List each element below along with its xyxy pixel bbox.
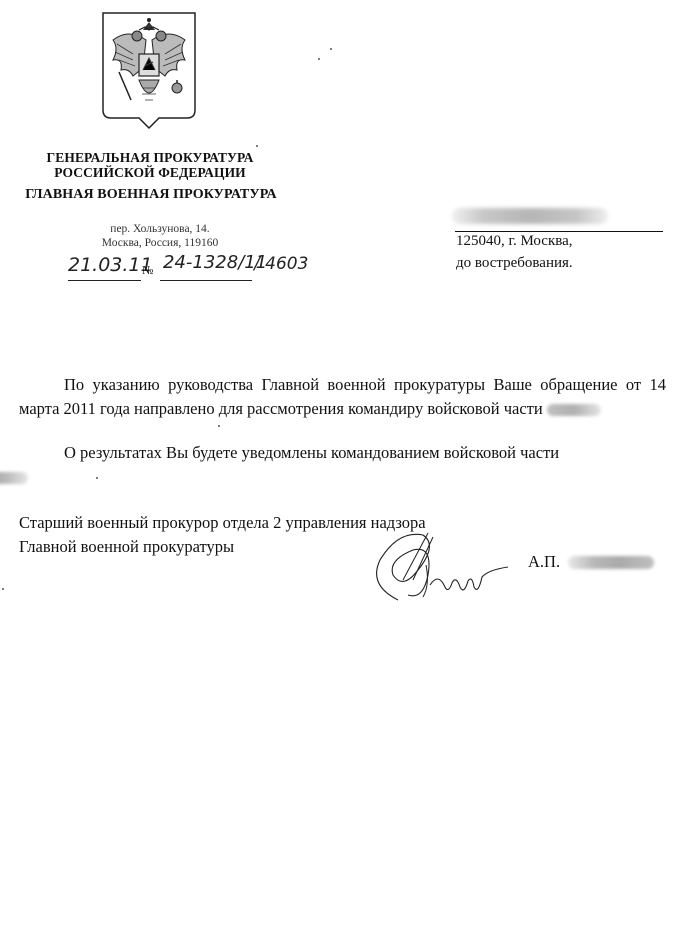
- recipient-name-redacted: [452, 208, 608, 224]
- org-name-line1: ГЕНЕРАЛЬНАЯ ПРОКУРАТУРА: [0, 150, 300, 166]
- recipient-underline: [455, 231, 663, 232]
- signer-initials: А.П.: [528, 552, 560, 572]
- scan-speck: [256, 145, 258, 147]
- document-number: 24-1328/11: [163, 252, 267, 273]
- body-paragraph-1: По указанию руководства Главной военной …: [19, 373, 666, 421]
- recipient-address-line1: 125040, г. Москва,: [456, 233, 573, 250]
- signer-position-line2: Главной военной прокуратуры: [19, 537, 234, 557]
- scan-speck: [96, 477, 98, 479]
- scan-speck: [2, 588, 4, 590]
- handwritten-signature: [368, 525, 513, 605]
- sender-address-line2: Москва, Россия, 119160: [60, 236, 260, 251]
- scan-speck: [218, 425, 220, 427]
- number-underline: [160, 280, 252, 281]
- scan-speck: [330, 48, 332, 50]
- signer-position-line1: Старший военный прокурор отдела 2 управл…: [19, 513, 426, 533]
- unit-number-redacted: [0, 472, 28, 484]
- coat-of-arms-icon: [99, 10, 199, 135]
- document-number-suffix: / 4603: [254, 254, 308, 274]
- unit-number-redacted: [547, 404, 601, 416]
- body-paragraph-2: О результатах Вы будете уведомлены коман…: [19, 441, 666, 489]
- signer-surname-redacted: [568, 556, 654, 569]
- org-name-line3: ГЛАВНАЯ ВОЕННАЯ ПРОКУРАТУРА: [6, 187, 296, 203]
- org-name-line2: РОССИЙСКОЙ ФЕДЕРАЦИИ: [0, 165, 300, 181]
- date-underline: [68, 280, 141, 281]
- sender-address-line1: пер. Хользунова, 14.: [60, 222, 260, 237]
- document-date: 21.03.11: [68, 254, 153, 276]
- scan-speck: [318, 58, 320, 60]
- paragraph-2-text: О результатах Вы будете уведомлены коман…: [64, 443, 559, 462]
- number-label: №: [142, 263, 153, 278]
- recipient-address-line2: до востребования.: [456, 255, 573, 272]
